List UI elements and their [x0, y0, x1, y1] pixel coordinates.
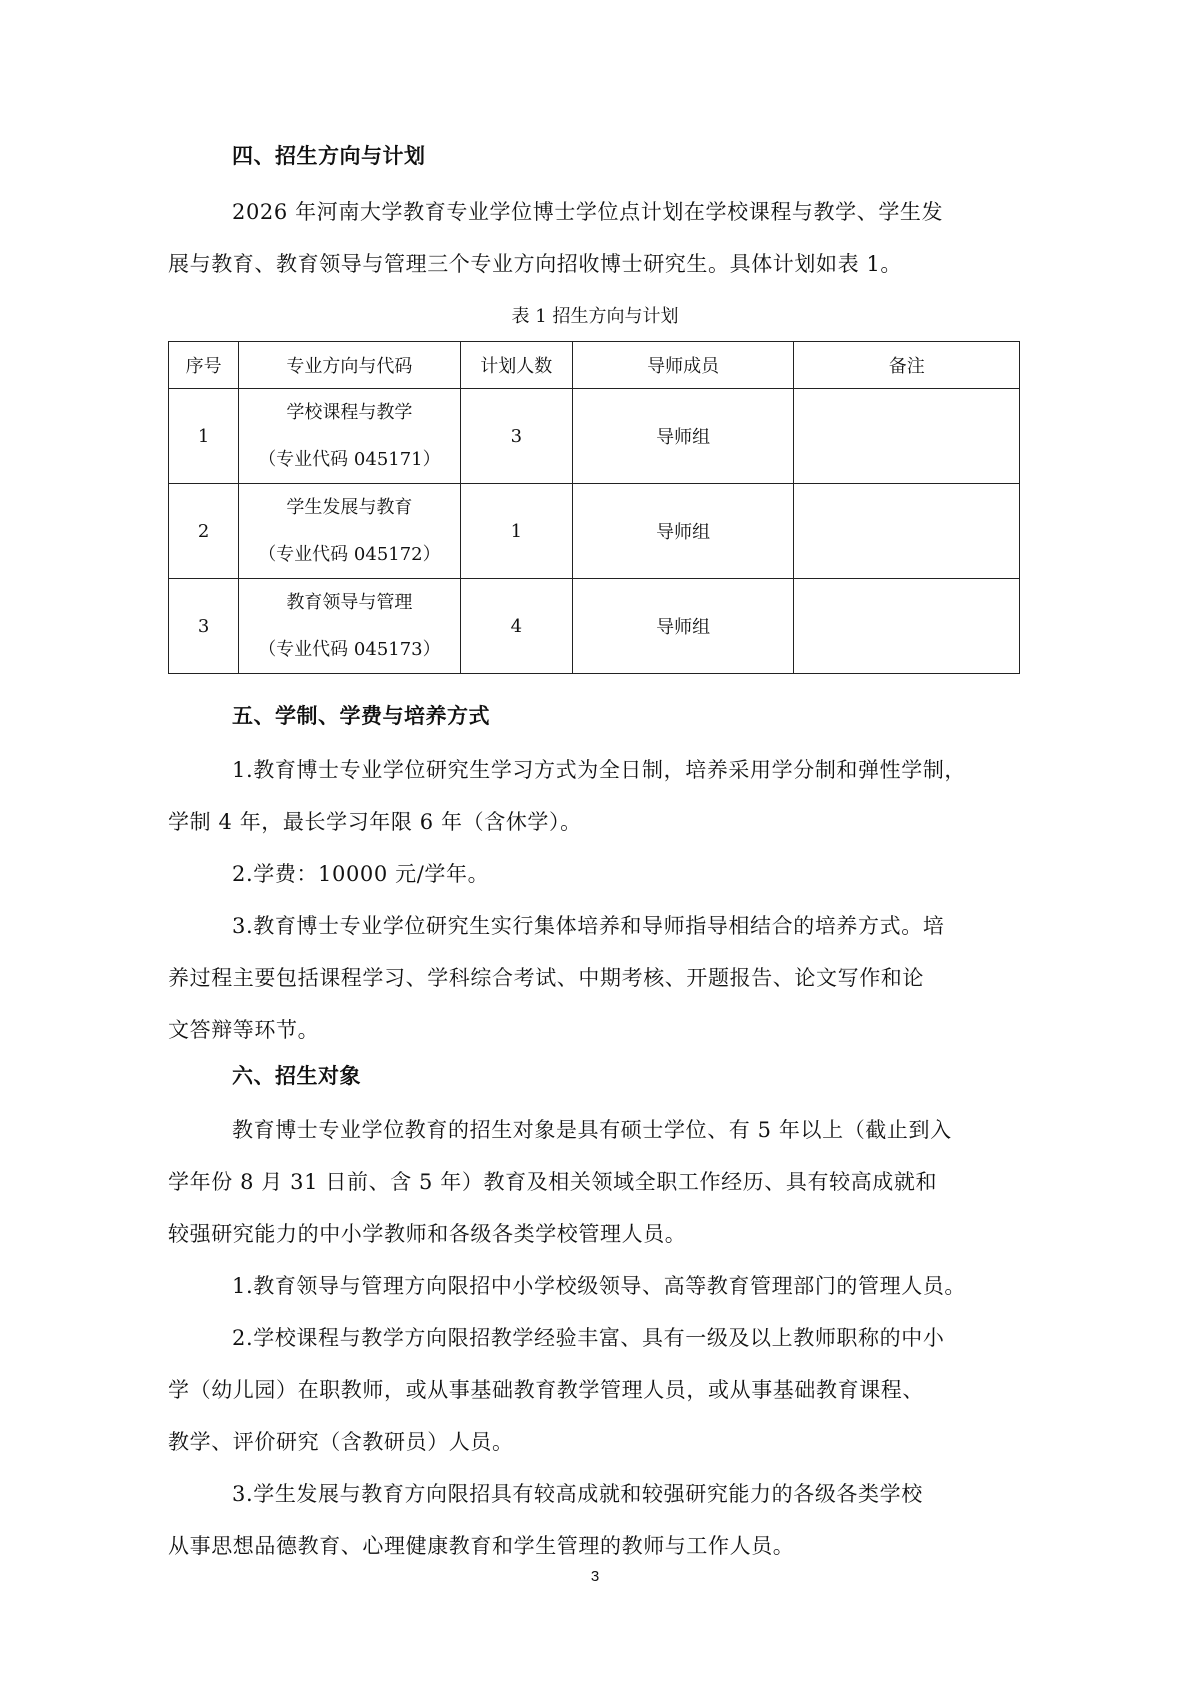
paragraph-line: 学制 4 年，最长学习年限 6 年（含休学）。: [168, 796, 582, 848]
cell-count: 4: [460, 579, 572, 674]
section-heading-6: 六、招生对象: [232, 1060, 361, 1090]
paragraph-line: 2026 年河南大学教育专业学位博士学位点计划在学校课程与教学、学生发: [232, 186, 943, 238]
table-row: 3 教育领导与管理 （专业代码 045173） 4 导师组: [169, 579, 1020, 674]
paragraph-line: 学年份 8 月 31 日前、含 5 年）教育及相关领域全职工作经历、具有较高成就…: [168, 1156, 937, 1208]
cell-no: 1: [169, 389, 239, 484]
cell-tutors: 导师组: [572, 484, 794, 579]
header-note: 备注: [794, 342, 1020, 389]
paragraph-line: 教学、评价研究（含教研员）人员。: [168, 1416, 514, 1468]
paragraph-line: 1.教育博士专业学位研究生学习方式为全日制，培养采用学分制和弹性学制，: [232, 744, 966, 796]
page-number: 3: [0, 1568, 1190, 1585]
cell-count: 1: [460, 484, 572, 579]
enrollment-plan-table: 序号 专业方向与代码 计划人数 导师成员 备注 1 学校课程与教学 （专业代码 …: [168, 341, 1020, 674]
paragraph-line: 2.学费：10000 元/学年。: [232, 848, 489, 900]
section-heading-5: 五、学制、学费与培养方式: [232, 700, 490, 730]
paragraph-line: 学（幼儿园）在职教师，或从事基础教育教学管理人员，或从事基础教育课程、: [168, 1364, 924, 1416]
header-count: 计划人数: [460, 342, 572, 389]
cell-direction: 学校课程与教学 （专业代码 045171）: [239, 389, 461, 484]
header-tutors: 导师成员: [572, 342, 794, 389]
paragraph-line: 3.学生发展与教育方向限招具有较高成就和较强研究能力的各级各类学校: [232, 1468, 923, 1520]
direction-name: 学校课程与教学: [239, 389, 460, 436]
section-heading-4: 四、招生方向与计划: [232, 140, 426, 170]
paragraph-line: 教育博士专业学位教育的招生对象是具有硕士学位、有 5 年以上（截止到入: [232, 1104, 952, 1156]
paragraph-line: 1.教育领导与管理方向限招中小学校级领导、高等教育管理部门的管理人员。: [232, 1260, 966, 1312]
direction-code: （专业代码 045172）: [239, 531, 460, 578]
cell-tutors: 导师组: [572, 579, 794, 674]
cell-no: 3: [169, 579, 239, 674]
header-no: 序号: [169, 342, 239, 389]
direction-code: （专业代码 045171）: [239, 436, 460, 483]
header-direction: 专业方向与代码: [239, 342, 461, 389]
direction-name: 教育领导与管理: [239, 579, 460, 626]
table-row: 2 学生发展与教育 （专业代码 045172） 1 导师组: [169, 484, 1020, 579]
paragraph-line: 3.教育博士专业学位研究生实行集体培养和导师指导相结合的培养方式。培: [232, 900, 944, 952]
paragraph-line: 文答辩等环节。: [168, 1004, 319, 1056]
direction-name: 学生发展与教育: [239, 484, 460, 531]
cell-note: [794, 579, 1020, 674]
table-caption: 表 1 招生方向与计划: [0, 302, 1190, 328]
paragraph-line: 2.学校课程与教学方向限招教学经验丰富、具有一级及以上教师职称的中小: [232, 1312, 944, 1364]
table-header-row: 序号 专业方向与代码 计划人数 导师成员 备注: [169, 342, 1020, 389]
cell-note: [794, 389, 1020, 484]
cell-tutors: 导师组: [572, 389, 794, 484]
table-row: 1 学校课程与教学 （专业代码 045171） 3 导师组: [169, 389, 1020, 484]
cell-count: 3: [460, 389, 572, 484]
paragraph-line: 较强研究能力的中小学教师和各级各类学校管理人员。: [168, 1208, 686, 1260]
paragraph-line: 从事思想品德教育、心理健康教育和学生管理的教师与工作人员。: [168, 1520, 794, 1572]
cell-direction: 学生发展与教育 （专业代码 045172）: [239, 484, 461, 579]
cell-note: [794, 484, 1020, 579]
cell-direction: 教育领导与管理 （专业代码 045173）: [239, 579, 461, 674]
document-page: 四、招生方向与计划 2026 年河南大学教育专业学位博士学位点计划在学校课程与教…: [0, 0, 1190, 1682]
direction-code: （专业代码 045173）: [239, 626, 460, 673]
paragraph-line: 养过程主要包括课程学习、学科综合考试、中期考核、开题报告、论文写作和论: [168, 952, 924, 1004]
paragraph-line: 展与教育、教育领导与管理三个专业方向招收博士研究生。具体计划如表 1。: [168, 238, 902, 290]
cell-no: 2: [169, 484, 239, 579]
